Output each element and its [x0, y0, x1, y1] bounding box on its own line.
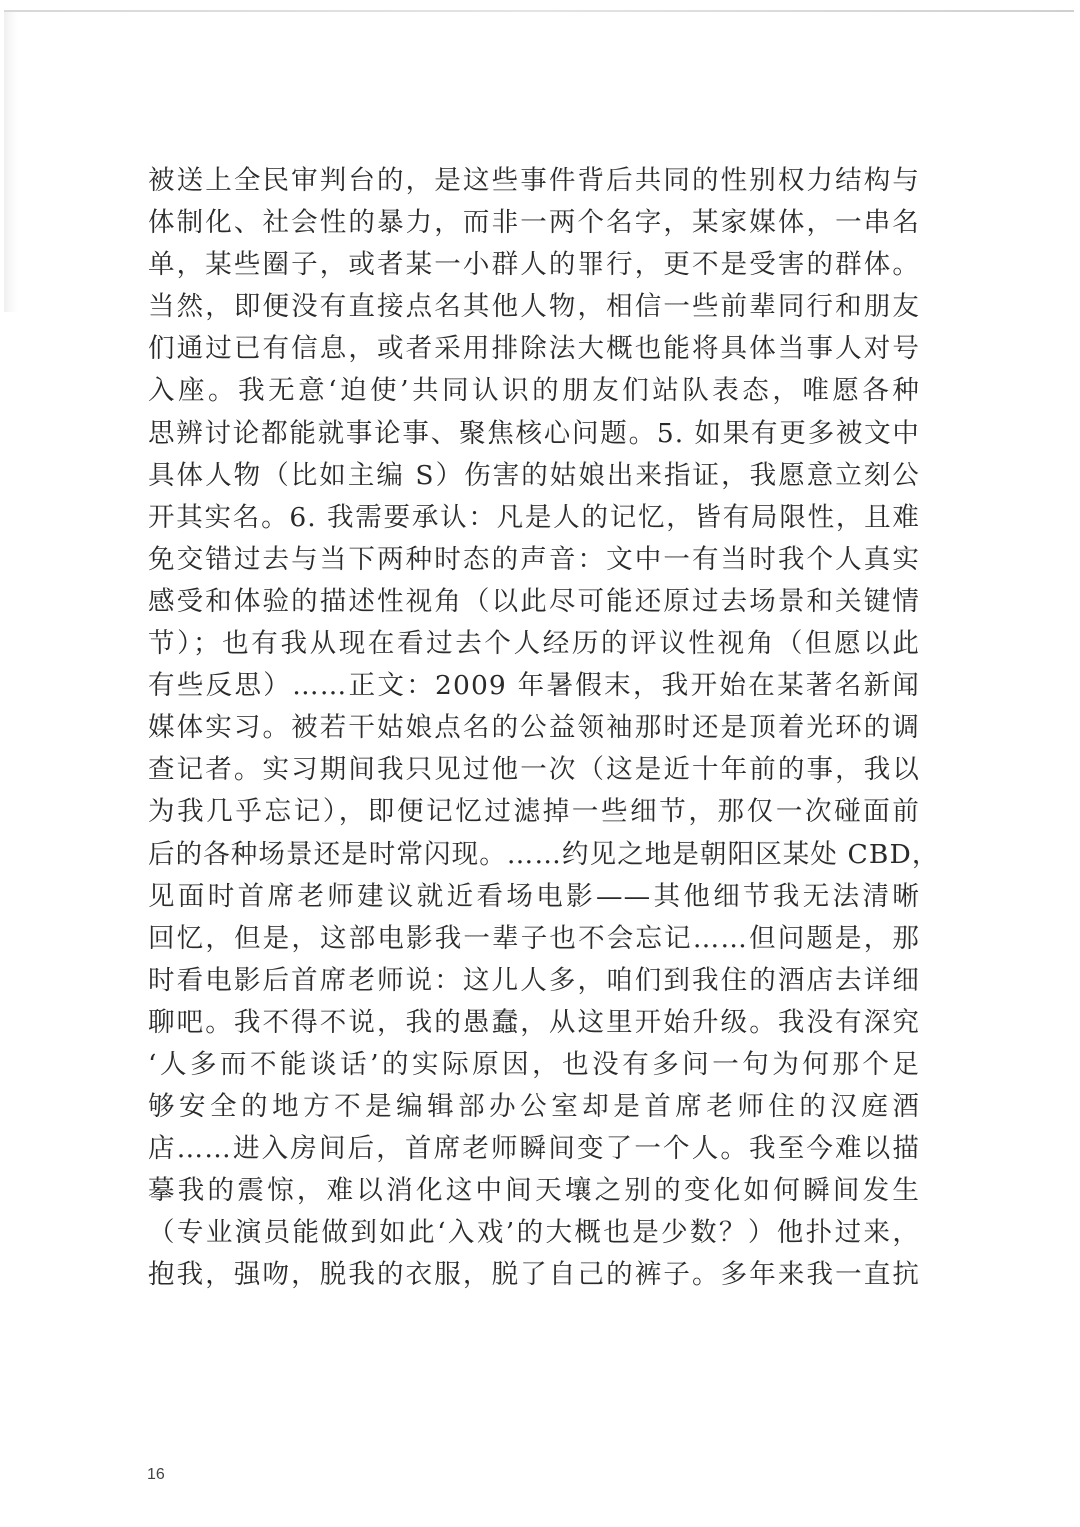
text-line: ‘人多而不能谈话’的实际原因，也没有多问一句为何那个足 [148, 1044, 920, 1086]
text-line: 见面时首席老师建议就近看场电影——其他细节我无法清晰 [148, 876, 920, 918]
scan-border-left [4, 12, 18, 312]
text-line: 有些反思）……正文：2009 年暑假末，我开始在某著名新闻 [148, 665, 920, 707]
text-line: 媒体实习。被若干姑娘点名的公益领袖那时还是顶着光环的调 [148, 707, 920, 749]
text-line: 免交错过去与当下两种时态的声音：文中一有当时我个人真实 [148, 539, 920, 581]
text-line: （专业演员能做到如此‘入戏’的大概也是少数？）他扑过来， [148, 1212, 920, 1254]
text-line: 感受和体验的描述性视角（以此尽可能还原过去场景和关键情 [148, 581, 920, 623]
document-body: 被送上全民审判台的，是这些事件背后共同的性别权力结构与 体制化、社会性的暴力，而… [148, 160, 920, 1297]
text-line: 够安全的地方不是编辑部办公室却是首席老师住的汉庭酒 [148, 1086, 920, 1128]
page-number: 16 [147, 1466, 165, 1484]
text-line: 抱我，强吻，脱我的衣服，脱了自己的裤子。多年来我一直抗 [148, 1254, 920, 1296]
text-line: 聊吧。我不得不说，我的愚蠢，从这里开始升级。我没有深究 [148, 1002, 920, 1044]
text-line: 开其实名。6. 我需要承认：凡是人的记忆，皆有局限性，且难 [148, 497, 920, 539]
text-line: 摹我的震惊，难以消化这中间天壤之别的变化如何瞬间发生 [148, 1170, 920, 1212]
text-line: 节）；也有我从现在看过去个人经历的评议性视角（但愿以此 [148, 623, 920, 665]
text-line: 体制化、社会性的暴力，而非一两个名字，某家媒体，一串名 [148, 202, 920, 244]
text-line: 们通过已有信息，或者采用排除法大概也能将具体当事人对号 [148, 328, 920, 370]
text-line: 被送上全民审判台的，是这些事件背后共同的性别权力结构与 [148, 160, 920, 202]
text-line: 后的各种场景还是时常闪现。……约见之地是朝阳区某处 CBD， [148, 834, 920, 876]
text-line: 入座。我无意‘迫使’共同认识的朋友们站队表态，唯愿各种 [148, 370, 920, 412]
text-line: 为我几乎忘记），即便记忆过滤掉一些细节，那仅一次碰面前 [148, 791, 920, 833]
text-line: 时看电影后首席老师说：这儿人多，咱们到我住的酒店去详细 [148, 960, 920, 1002]
text-line: 思辨讨论都能就事论事、聚焦核心问题。5. 如果有更多被文中 [148, 413, 920, 455]
text-line: 回忆，但是，这部电影我一辈子也不会忘记……但问题是，那 [148, 918, 920, 960]
text-line: 查记者。实习期间我只见过他一次（这是近十年前的事，我以 [148, 749, 920, 791]
text-line: 具体人物（比如主编 S）伤害的姑娘出来指证，我愿意立刻公 [148, 455, 920, 497]
scan-border-top [4, 10, 1074, 12]
text-line: 单，某些圈子，或者某一小群人的罪行，更不是受害的群体。 [148, 244, 920, 286]
text-line: 店……进入房间后，首席老师瞬间变了一个人。我至今难以描 [148, 1128, 920, 1170]
text-line: 当然，即便没有直接点名其他人物，相信一些前辈同行和朋友 [148, 286, 920, 328]
